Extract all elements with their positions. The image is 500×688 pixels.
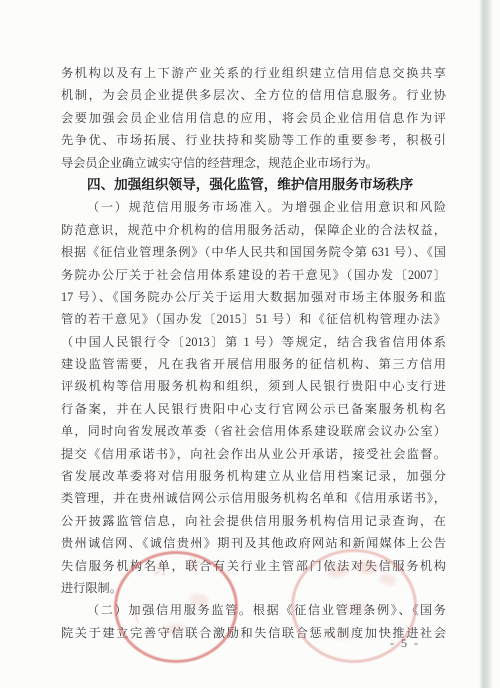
- body-text: 失信服务机构名单，联合有关行业主管部门依法对失信服务机构: [61, 559, 446, 573]
- body-text: 省发展改革委将对信用服务机构建立从业信用档案记录，加强分: [61, 469, 446, 483]
- text-line: 类管理，并在贵州诚信网公示信用服务机构名单和《信用承诺书》，: [61, 487, 446, 509]
- body-text: 单，同时向省发展改革委（省社会信用体系建设联席会议办公室）: [61, 424, 446, 438]
- body-text: 导会员企业确立诚实守信的经营理念，规范企业市场行为。: [61, 156, 378, 170]
- body-text: 管的若干意见》（国办发〔2015〕51 号）和《征信机构管理办法》: [61, 312, 446, 326]
- text-line: 贵州诚信网、《诚信贵州》期刊及其他政府网站和新闻媒体上公告: [61, 532, 446, 554]
- body-text: 务院办公厅关于社会信用体系建设的若干意见》（国办发〔2007〕: [61, 268, 446, 282]
- body-text: 17 号）、《国务院办公厅关于运用大数据加强对市场主体服务和监: [61, 290, 446, 304]
- body-text: 根据《征信业管理条例》、《国务: [253, 603, 446, 617]
- text-line: 务院办公厅关于社会信用体系建设的若干意见》（国办发〔2007〕: [61, 264, 446, 286]
- body-text: 会要加强会员企业信用信息的应用，将会员企业信用信息作为评: [61, 111, 446, 125]
- text-line: 务机构以及有上下游产业关系的行业组织建立信用信息交换共享: [61, 62, 446, 84]
- text-line: （一）规范信用服务市场准入。为增强企业信用意识和风险: [61, 196, 446, 218]
- text-line: 先争优、市场拓展、行业扶持和奖励等工作的重要参考，积极引: [61, 129, 446, 151]
- body-text: 先争优、市场拓展、行业扶持和奖励等工作的重要参考，积极引: [61, 133, 446, 147]
- body-text: 评级机构等信用服务机构和组织，须到人民银行贵阳中心支行进: [61, 379, 446, 393]
- document-lines: 务机构以及有上下游产业关系的行业组织建立信用信息交换共享机制，为会员企业提供多层…: [61, 62, 446, 644]
- body-text: 建设监管需要，凡在我省开展信用服务的征信机构、第三方信用: [61, 357, 446, 371]
- text-line: 会要加强会员企业信用信息的应用，将会员企业信用信息作为评: [61, 107, 446, 129]
- text-line: （二）加强信用服务监管。根据《征信业管理条例》、《国务: [61, 599, 446, 621]
- body-text: 类管理，并在贵州诚信网公示信用服务机构名单和《信用承诺书》，: [61, 491, 446, 505]
- text-line: 17 号）、《国务院办公厅关于运用大数据加强对市场主体服务和监: [61, 286, 446, 308]
- page-edge-shadow: [479, 0, 493, 688]
- body-text: 院关于建立完善守信联合激励和失信联合惩戒制度加快推进社会: [61, 626, 446, 640]
- text-line: 省发展改革委将对信用服务机构建立从业信用档案记录，加强分: [61, 465, 446, 487]
- text-line: 公开披露监管信息，向社会提供信用服务机构信用记录查询，在: [61, 510, 446, 532]
- body-text: 贵州诚信网、《诚信贵州》期刊及其他政府网站和新闻媒体上公告: [61, 536, 446, 550]
- text-line: 进行限制。: [61, 577, 446, 599]
- text-line: 院关于建立完善守信联合激励和失信联合惩戒制度加快推进社会: [61, 622, 446, 644]
- body-text: 为增强企业信用意识和风险: [281, 200, 446, 214]
- text-line: 管的若干意见》（国办发〔2015〕51 号）和《征信机构管理办法》: [61, 308, 446, 330]
- scanned-document-page: 务机构以及有上下游产业关系的行业组织建立信用信息交换共享机制，为会员企业提供多层…: [0, 0, 500, 688]
- body-text: 机制，为会员企业提供多层次、全方位的信用信息服务。行业协: [61, 88, 446, 102]
- page-number: - 5 -: [390, 636, 420, 651]
- body-text: 务机构以及有上下游产业关系的行业组织建立信用信息交换共享: [61, 66, 446, 80]
- text-line: 导会员企业确立诚实守信的经营理念，规范企业市场行为。: [61, 152, 446, 174]
- section-heading: 四、加强组织领导，强化监管，维护信用服务市场秩序: [61, 174, 446, 196]
- body-text: 进行限制。: [61, 581, 122, 595]
- subheading-text: （二）加强信用服务监管。: [87, 603, 253, 617]
- text-line: 提交《信用承诺书》，向社会作出从业公开承诺，接受社会监督。: [61, 443, 446, 465]
- body-text: 公开披露监管信息，向社会提供信用服务机构信用记录查询，在: [61, 514, 446, 528]
- text-line: 单，同时向省发展改革委（省社会信用体系建设联席会议办公室）: [61, 420, 446, 442]
- body-text: （中国人民银行令〔2013〕第 1 号）等规定，结合我省信用体系: [61, 335, 446, 349]
- text-line: （中国人民银行令〔2013〕第 1 号）等规定，结合我省信用体系: [61, 331, 446, 353]
- subheading-text: （一）规范信用服务市场准入。: [87, 200, 281, 214]
- text-line: 评级机构等信用服务机构和组织，须到人民银行贵阳中心支行进: [61, 375, 446, 397]
- body-text: 行备案，并在人民银行贵阳中心支行官网公示已备案服务机构名: [61, 402, 446, 416]
- body-text: 防范意识，规范中介机构的信用服务活动，保障企业的合法权益，: [61, 223, 446, 237]
- text-line: 根据《征信业管理条例》（中华人民共和国国务院令第 631 号）、《国: [61, 241, 446, 263]
- body-text: 根据《征信业管理条例》（中华人民共和国国务院令第 631 号）、《国: [61, 245, 446, 259]
- body-text: 提交《信用承诺书》，向社会作出从业公开承诺，接受社会监督。: [61, 447, 446, 461]
- body-text: 四、加强组织领导，强化监管，维护信用服务市场秩序: [87, 177, 413, 192]
- text-line: 行备案，并在人民银行贵阳中心支行官网公示已备案服务机构名: [61, 398, 446, 420]
- text-line: 防范意识，规范中介机构的信用服务活动，保障企业的合法权益，: [61, 219, 446, 241]
- text-line: 失信服务机构名单，联合有关行业主管部门依法对失信服务机构: [61, 555, 446, 577]
- text-line: 机制，为会员企业提供多层次、全方位的信用信息服务。行业协: [61, 84, 446, 106]
- text-line: 建设监管需要，凡在我省开展信用服务的征信机构、第三方信用: [61, 353, 446, 375]
